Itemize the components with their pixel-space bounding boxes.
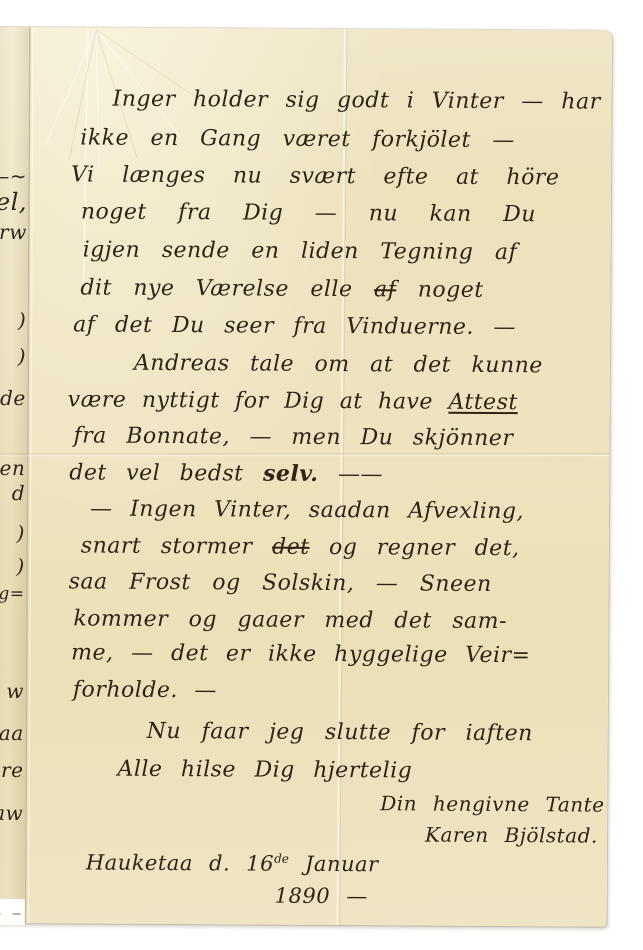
left-sheet-bottom-edge — [0, 899, 25, 925]
signature: Karen Bjölstad. — [425, 822, 598, 849]
letter-line-10: fra Bonnate, — men Du skjönner — [73, 422, 513, 453]
adjacent-page-fragment: „rw — [0, 219, 27, 245]
underlined-word: Attest — [448, 390, 517, 415]
letter-line-5: igjen sende en liden Tegning af — [83, 236, 518, 267]
letter-line-16: me, — det er ikke hyggelige Veir= — [71, 639, 531, 670]
letter-line-8: Andreas tale om at det kunne — [134, 350, 543, 381]
paper-edge-mark — [13, 913, 21, 915]
adjacent-page-fragment: saa — [0, 720, 24, 746]
letter-line-13: snart stormer det og regner det, — [81, 532, 520, 563]
emphasized-word: selv. — [263, 461, 319, 487]
adjacent-page-fragment: de — [0, 385, 26, 411]
adjacent-page-fragment: ) — [0, 307, 26, 333]
adjacent-page-fragment: lig= — [0, 583, 25, 605]
adjacent-page-fragment: ) — [0, 343, 26, 369]
line-text: noget — [396, 277, 484, 303]
letter-line-15: kommer og gaaer med det sam- — [73, 605, 507, 636]
letter-line-14: saa Frost og Solskin, — Sneen — [69, 568, 492, 599]
adjacent-page-fragment: –~ — [0, 163, 27, 189]
letter-line-19: Alle hilse Dig hjertelig — [117, 756, 412, 786]
letter-line-4: noget fra Dig — nu kan Du — [81, 198, 536, 229]
paper-edge-mark — [0, 913, 1, 915]
letter-line-12: — Ingen Vinter, saadan Afvexling, — [90, 496, 524, 527]
letter-paper: –~ el, „rw ) ) de en d ) ) lig= w saa er… — [0, 27, 612, 927]
dateline-month: Januar — [289, 852, 379, 877]
adjacent-page-fragment: ere — [0, 757, 24, 783]
letter-line-11: det vel bedst selv. —— — [69, 458, 383, 490]
letter-line-7: af det Du seer fra Vinduerne. — — [73, 311, 516, 342]
adjacent-page-fragment: d — [0, 480, 25, 506]
adjacent-page-fragment: w — [0, 678, 24, 704]
letter-line-3: Vi længes nu svært efte at höre — [71, 161, 559, 193]
line-text: dit nye Værelse elle — [80, 275, 374, 302]
adjacent-page-fragment: en — [0, 455, 25, 481]
letter-line-17: forholde. — — [73, 676, 217, 705]
letter-line-6: dit nye Værelse elle af noget — [80, 274, 483, 305]
letter-line-9: være nyttigt for Dig at have Attest — [68, 386, 518, 417]
line-text: være nyttigt for Dig at have — [68, 387, 449, 414]
line-text: det vel bedst — [69, 460, 263, 486]
line-text: —— — [318, 462, 383, 487]
scanned-letter-page: { "document": { "kind": "handwritten let… — [0, 0, 643, 950]
ordinal-suffix: de — [274, 852, 289, 866]
adjacent-page-fragment: ) — [0, 520, 25, 546]
dateline-year: 1890 — — [275, 883, 368, 911]
adjacent-page-fragment: el, — [0, 187, 27, 218]
dateline-place: Hauketaa d. 16 — [86, 850, 274, 875]
letter-line-18: Nu faar jeg slutte for iaften — [147, 718, 533, 749]
closing-line: Din hengivne Tante — [380, 790, 604, 817]
struck-word: det — [272, 535, 310, 560]
letter-line-2: ikke en Gang været forkjölet — — [80, 124, 515, 155]
line-text: snart stormer — [81, 533, 272, 559]
adjacent-page-fragment: aw — [0, 800, 23, 826]
line-text: og regner det, — [309, 535, 519, 561]
struck-word: af — [374, 277, 396, 302]
letter-line-1: Inger holder sig godt i Vinter — har — [112, 86, 600, 118]
dateline: Hauketaa d. 16de Januar — [86, 849, 379, 878]
adjacent-page-fragment: ) — [0, 553, 25, 579]
